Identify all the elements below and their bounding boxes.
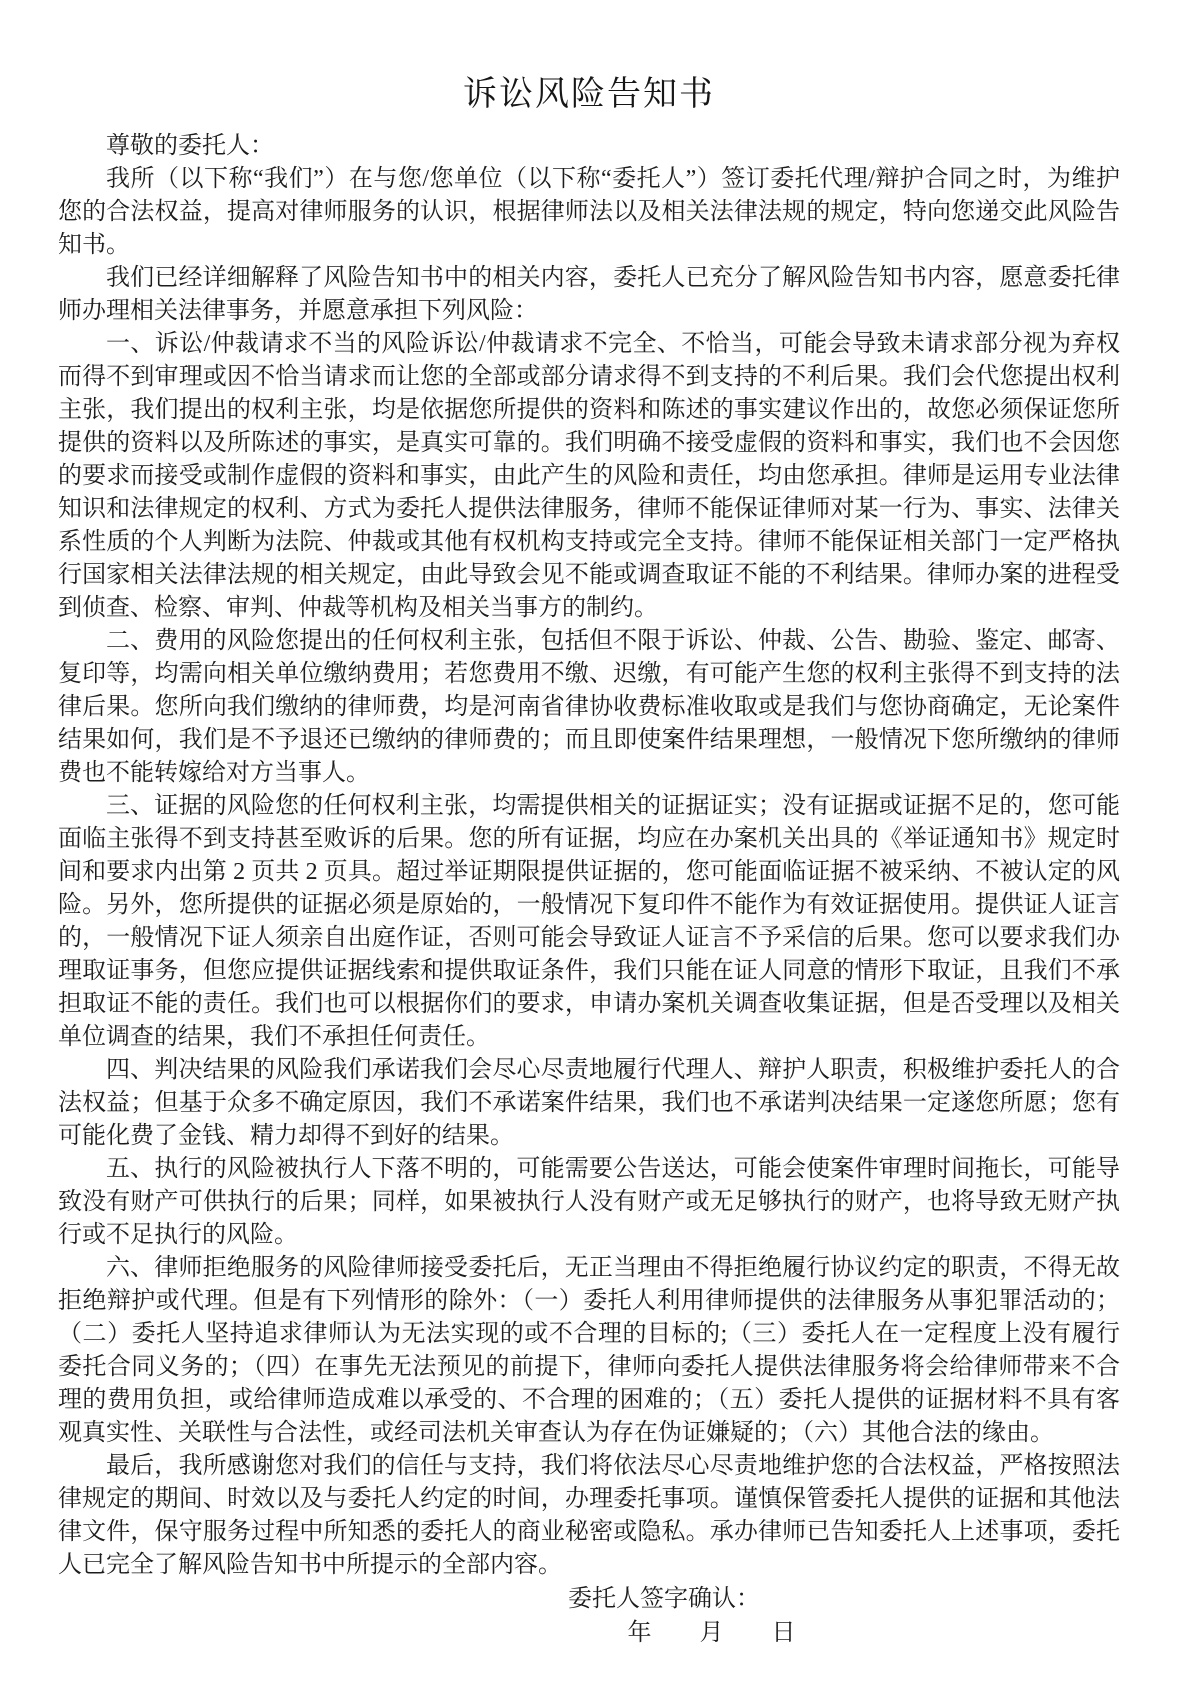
signature-date-line: 年 月 日: [58, 1616, 1120, 1650]
risk-item-3-evidence: 三、证据的风险您的任何权利主张，均需提供相关的证据证实；没有证据或证据不足的，您…: [58, 790, 1120, 1054]
document-body: 尊敬的委托人： 我所（以下称“我们”）在与您/您单位（以下称“委托人”）签订委托…: [58, 130, 1120, 1582]
document-title: 诉讼风险告知书: [58, 72, 1120, 118]
risk-item-5-enforcement: 五、执行的风险被执行人下落不明的，可能需要公告送达，可能会使案件审理时间拖长，可…: [58, 1153, 1120, 1252]
risk-item-2-fees: 二、费用的风险您提出的任何权利主张，包括但不限于诉讼、仲裁、公告、勘验、鉴定、邮…: [58, 625, 1120, 790]
risk-item-4-judgment: 四、判决结果的风险我们承诺我们会尽心尽责地履行代理人、辩护人职责，积极维护委托人…: [58, 1054, 1120, 1153]
closing-paragraph: 最后，我所感谢您对我们的信任与支持，我们将依法尽心尽责地维护您的合法权益，严格按…: [58, 1450, 1120, 1582]
document-page: 诉讼风险告知书 尊敬的委托人： 我所（以下称“我们”）在与您/您单位（以下称“委…: [0, 0, 1190, 1683]
risk-item-6-refusal: 六、律师拒绝服务的风险律师接受委托后，无正当理由不得拒绝履行协议约定的职责，不得…: [58, 1252, 1120, 1450]
signature-confirm-label: 委托人签字确认：: [58, 1582, 1120, 1616]
salutation-line: 尊敬的委托人：: [58, 130, 1120, 163]
intro-paragraph: 我所（以下称“我们”）在与您/您单位（以下称“委托人”）签订委托代理/辩护合同之…: [58, 163, 1120, 262]
signature-block: 委托人签字确认： 年 月 日: [58, 1582, 1120, 1650]
risk-item-1-claims: 一、诉讼/仲裁请求不当的风险诉讼/仲裁请求不完全、不恰当，可能会导致未请求部分视…: [58, 328, 1120, 625]
acknowledgement-paragraph: 我们已经详细解释了风险告知书中的相关内容，委托人已充分了解风险告知书内容，愿意委…: [58, 262, 1120, 328]
